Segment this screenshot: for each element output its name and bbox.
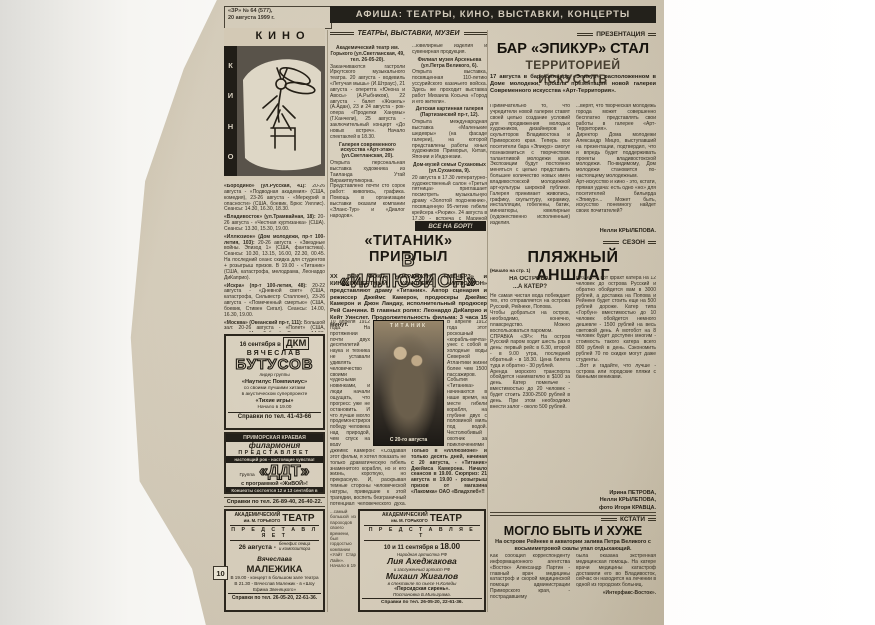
museum-title: Академический театр им. Горького (ул.Све… [330, 46, 405, 64]
ddt-footer: Концерты состоятся 12 и 13 сентября в ДК… [226, 487, 323, 494]
beach-body: НА ОСТРОВА!...А КАТЕР?Не самая чистая во… [490, 276, 656, 488]
issue-number: «ЗР» № 64 (577), [228, 8, 328, 15]
kstati-label-text: КСТАТИ [620, 516, 645, 523]
ddt-presents: ПРЕДСТАВЛЯЕТ [226, 450, 323, 456]
page-number: 10 [213, 566, 228, 580]
akhedzhakova-ad: АКАДЕМИЧЕСКИЙим. М. ГОРЬКОГО ТЕАТР П Р Е… [358, 509, 486, 612]
kstati-body-right: была оказана экстренная медицинская помо… [576, 554, 656, 610]
akh-phones: Справки по тел. 26-05-20, 22-61-36. [362, 598, 482, 605]
rule [330, 32, 354, 35]
museum-title: Филиал музея Арсеньева (ул.Петра Великог… [412, 58, 487, 70]
akh-presents: П Р Е Д С Т А В Л Я Е Т [364, 525, 480, 541]
cinema-listings: «Бородино» (ул.Русская, 41): 20-26 авгус… [224, 184, 325, 332]
cinema-text: 20-22 августа - «Дневной свет» (США, кат… [224, 283, 325, 318]
akh-line2: Постановка Б.Мильграма. [362, 592, 482, 597]
akh-name2: Михаил Жигалов [362, 572, 482, 581]
kino-letter: К [228, 61, 233, 70]
beach-bylines: Ирина ПЕТРОВА, Нелли КРЫЛЕПОВА, фото Иго… [490, 490, 656, 512]
titanic-body-right: В апреле 1912 года этот роскошный «кораб… [447, 320, 487, 446]
museum-text: Открыта персональная выставка художника … [330, 160, 405, 219]
museum-text: 20 августа в 17.30 литературно-художеств… [412, 175, 487, 220]
butusov-program: «Тихие игры» [228, 398, 321, 405]
titanic-quote: Джеймс Камерон: «Создавая этот фильм, я … [330, 449, 406, 506]
poster-title: ТИТАНИК [374, 323, 443, 329]
akh-date-pre: 10 и 11 сентября в [384, 545, 439, 551]
kino-vertical-strip: К И Н О [224, 46, 237, 176]
beach-byline1: Ирина ПЕТРОВА, [490, 490, 656, 497]
kstati-headline: МОГЛО БЫТЬ И ХУЖЕ [490, 524, 656, 538]
kstati-lede: На острове Рейнеке в акватории залива Пе… [490, 539, 656, 553]
museum-title: Галерея современного искусства «Арт-этаж… [330, 143, 405, 161]
malezhik-firstname: Вячеслава [257, 556, 292, 563]
museum-entry: Галерея современного искусства «Арт-этаж… [330, 143, 405, 220]
kstati-body-left: Как сообщил корреспонденту информационно… [490, 554, 570, 610]
butusov-date: 16 сентября в [240, 342, 281, 348]
butusov-time: Начало в 19.00 [228, 405, 321, 411]
section-banner: АФИША: ТЕАТРЫ, КИНО, ВЫСТАВКИ, КОНЦЕРТЫ [330, 6, 656, 23]
kstati-body: Как сообщил корреспонденту информационно… [490, 554, 656, 610]
beach-start-note: (Начало на стр. 1) [490, 268, 656, 273]
butusov-lastname: БУТУСОВ [228, 357, 321, 373]
malezhik-date: 26 августа - [239, 544, 276, 551]
museum-title: Дом-музей семьи Сухановых (ул.Суханова, … [412, 163, 487, 175]
venue-dkm: ДКМ [283, 337, 309, 350]
butusov-concert-ad: 16 сентября вДКМ ВЯЧЕСЛАВ БУТУСОВ лидер … [224, 334, 325, 430]
cinema-listing: «Владивосток» (ул.Трамвайная, 18): 20-26… [224, 215, 325, 233]
beach-subhead: НА ОСТРОВА!...А КАТЕР? [490, 276, 570, 292]
akh-date-time: 18.00 [440, 542, 460, 551]
malezhik-phones: Справки по тел. 26-05-20, 22-61-36. [228, 593, 321, 601]
issue-box: «ЗР» № 64 (577), 20 августа 1999 г. [224, 6, 332, 29]
butusov-phones: Справки по тел. 41-43-66 [228, 412, 321, 420]
column-divider-left [327, 30, 328, 612]
beach-subhead1: НА ОСТРОВА! [509, 276, 551, 282]
museums-col1: Академический театр им. Горького (ул.Све… [330, 44, 405, 220]
titanic-poster: ТИТАНИК С 20-го августа [373, 320, 444, 446]
philharmonic-script: филармония [226, 442, 323, 450]
akh-name1: Лия Ахеджакова [362, 557, 482, 566]
malezhik-name: Вячеслава МАЛЕЖИКА [228, 553, 321, 575]
malezhik-date-row: 26 августа - бенефис певцаи композитора [228, 542, 321, 552]
kstati-text-right: была оказана экстренная медицинская помо… [576, 554, 656, 588]
season-label: СЕЗОН [490, 239, 656, 246]
malezhik-lastname: МАЛЕЖИКА [247, 564, 303, 575]
ddt-name-row: Группа «ДДТ» [226, 463, 323, 481]
presentation-label-text: ПРЕЗЕНТАЦИЯ [596, 31, 645, 38]
museum-entry: Дом-музей семьи Сухановых (ул.Суханова, … [412, 163, 487, 220]
museum-entry: Академический театр им. Горького (ул.Све… [330, 46, 405, 141]
epikur-lede: 17 августа в баре-бильярд «Эпикур», расп… [490, 74, 656, 95]
ddt-concert-ad: ПРИМОРСКАЯ КРАЕВАЯ филармония ПРЕДСТАВЛЯ… [224, 432, 325, 494]
gorky-theatre-logo: АКАДЕМИЧЕСКИЙим. М. ГОРЬКОГО ТЕАТР [228, 513, 321, 524]
beach-byline2: Нелли КРЫЛЕПОВА, [490, 497, 656, 504]
kino-letter: Н [228, 122, 233, 131]
titanic-body-left: 10 апреля 1912 года. На протяжении почти… [330, 320, 370, 446]
epikur-body: Примечательно то, что учредители новой г… [490, 104, 656, 226]
beach-body-left: НА ОСТРОВА!...А КАТЕР?Не самая чистая во… [490, 276, 570, 488]
season-label-text: СЕЗОН [622, 239, 645, 246]
museum-text: Открыта выставка, посвященная 110-летию … [412, 69, 487, 104]
cinema-text: 20-26 августа - «Звездные войны. Эпизод … [224, 240, 325, 281]
beach-body-right: рублей. А вот фрахт катера на 12 человек… [576, 276, 656, 488]
titanic-closing: Только в «Иллюзионе» и только десять дне… [411, 449, 487, 506]
kino-title: КИНО [241, 30, 325, 42]
all-aboard-label: ВСЕ НА БОРТ! [415, 221, 486, 231]
poster-caption: С 20-го августа [374, 437, 443, 443]
theatre-word: ТЕАТР [282, 513, 314, 524]
cinema-listing: «Москва» (Океанский пр-т, 111): Большой … [224, 321, 325, 332]
malezhik-ad: АКАДЕМИЧЕСКИЙим. М. ГОРЬКОГО ТЕАТР П Р Е… [224, 509, 325, 612]
epikur-headline-1: БАР «ЭПИКУР» СТАЛ [490, 41, 656, 57]
butusov-date-row: 16 сентября вДКМ [228, 338, 321, 349]
kstati-label: КСТАТИ [490, 516, 656, 523]
scanned-newspaper-page: «ЗР» № 64 (577), 20 августа 1999 г. АФИШ… [0, 0, 875, 625]
ddt-group-label: Группа [239, 473, 254, 478]
kstati-source: «Интерфакс-Восток». [576, 591, 656, 597]
museum-entry: ...ювелирные изделия и сувенирная продук… [412, 44, 487, 56]
cinema-listing: «Бородино» (ул.Русская, 41): 20-26 авгус… [224, 184, 325, 213]
theatres-section-header: ТЕАТРЫ, ВЫСТАВКИ, МУЗЕИ [330, 30, 487, 37]
theatres-header-text: ТЕАТРЫ, ВЫСТАВКИ, МУЗЕИ [358, 30, 460, 37]
theatre-word: ТЕАТР [430, 513, 462, 524]
malezhik-line2: В 21.30 - Вячеслав Малежик - в «Шоу Ефим… [228, 581, 321, 592]
cinema-listing: «Искра» (пр-т 100-летия, 48): 20-22 авгу… [224, 284, 325, 319]
museums-col2: ...ювелирные изделия и сувенирная продук… [412, 44, 487, 220]
titanic-side-note: ...самый большой из пароходов своего вре… [330, 509, 356, 612]
museum-text: Открыта международная выставка «Маленьки… [412, 119, 487, 160]
theatre-name2: им. М. ГОРЬКОГО [234, 519, 280, 524]
cinema-text: 20-26 августа - «Подводная академия» (СШ… [224, 184, 325, 212]
butusov-band: «Наутилус Помпилиус» [228, 379, 321, 386]
museum-text: ...ювелирные изделия и сувенирная продук… [412, 44, 487, 55]
kino-letter: О [228, 152, 234, 161]
cinema-listing: «Иллюзион» (Дом молодежи, пр-т 100-летия… [224, 235, 325, 282]
beach-subhead2: ...А КАТЕР? [513, 284, 547, 290]
epikur-body-right: ...верят, что творческая молодежь города… [576, 104, 656, 226]
epikur-byline: Нелли КРЫЛЕПОВА. [490, 228, 656, 234]
ddt-phones: Справки по тел. 26-89-40, 26-40-22. [224, 497, 325, 507]
beach-text-left: Не самая чистая вода побеждает тех, кто … [490, 293, 570, 410]
ddt-name: «ДДТ» [259, 463, 309, 480]
malezhik-presents: П Р Е Д С Т А В Л Я Е Т [230, 525, 319, 541]
museum-entry: Филиал музея Арсеньева (ул.Петра Великог… [412, 58, 487, 106]
epikur-body-left: Примечательно то, что учредители новой г… [490, 104, 570, 226]
gorky-theatre-logo: АКАДЕМИЧЕСКИЙим. М. ГОРЬКОГО ТЕАТР [362, 513, 482, 524]
issue-date: 20 августа 1999 г. [228, 15, 328, 22]
column-divider-right [487, 30, 488, 612]
butusov-sub: в акустическом суперпроекте [228, 392, 321, 398]
kino-illustration [237, 46, 325, 176]
ddt-tagline: настоящий рок - настоящие чувства! [226, 456, 323, 463]
titanic-body: 10 апреля 1912 года. На протяжении почти… [330, 320, 487, 446]
akh-date: 10 и 11 сентября в 18.00 [362, 542, 482, 551]
museum-entry: Детская картинная галерея (Партизанский … [412, 107, 487, 161]
malezhik-note2: и композитора [279, 546, 310, 551]
rule [464, 32, 488, 35]
titanic-quote-row: Джеймс Камерон: «Создавая этот фильм, я … [330, 449, 487, 506]
presentation-label: ПРЕЗЕНТАЦИЯ [490, 31, 656, 38]
museum-text: Заканчиваются гастроли Иркутского музыка… [330, 64, 405, 140]
kino-letter: И [228, 91, 233, 100]
theatre-name2: им. М. ГОРЬКОГО [382, 519, 428, 524]
museum-title: Детская картинная галерея (Партизанский … [412, 107, 487, 119]
